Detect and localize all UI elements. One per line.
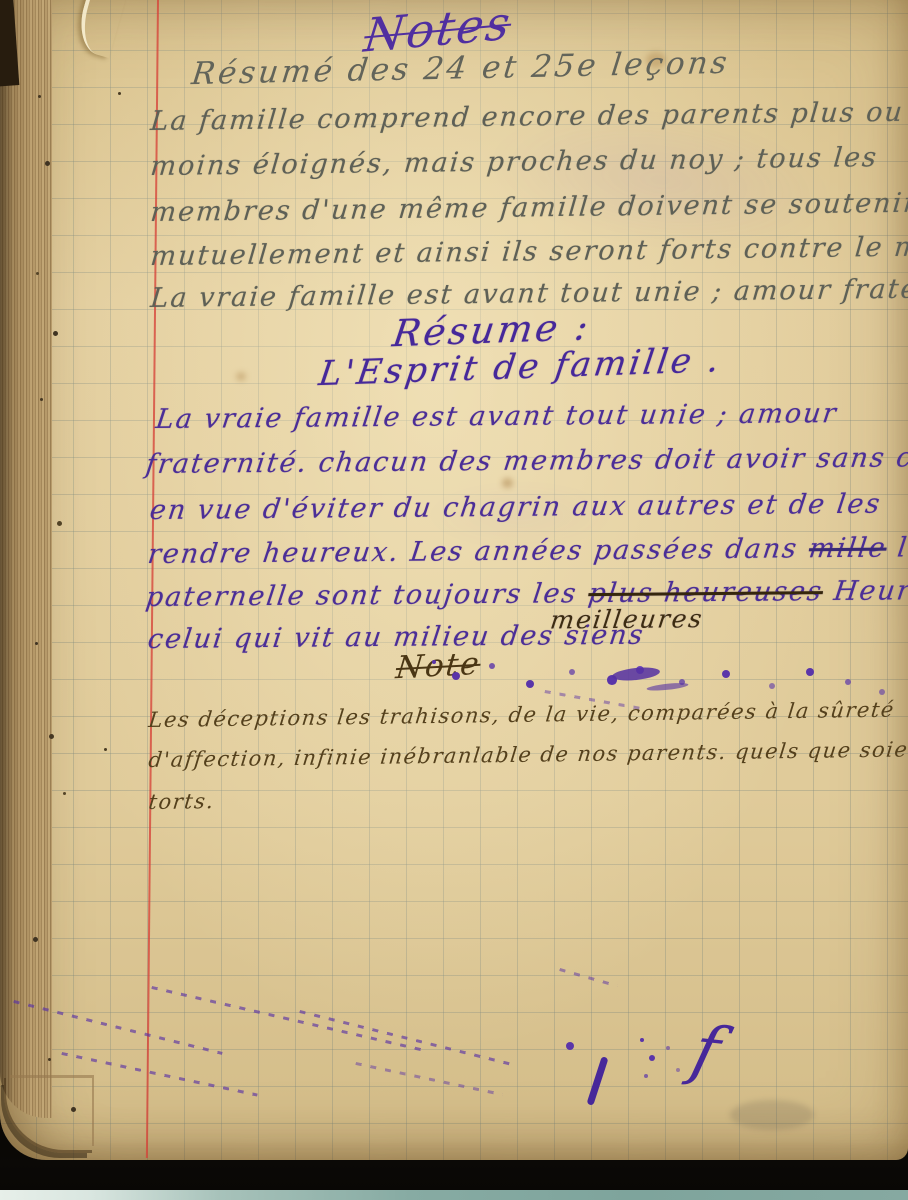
paper-stain [236,372,246,381]
ink-scratch [151,986,424,1052]
ink-splatter [432,660,436,664]
struck-word: mille [807,533,889,565]
handwritten-line-sepia: d'affection, infinie inébranlable de nos… [147,736,908,772]
handwritten-line-ink: en vue d'éviter du chagrin aux autres et… [148,489,883,526]
handwritten-line-sepia: torts. [147,789,216,814]
line-text: rendre heureux. Les années passées dans [146,533,800,570]
ink-scratch [355,1062,502,1096]
pen-test-flourish: f [685,1011,728,1089]
page-corner-curl [4,1078,92,1153]
paper-stain [730,1100,814,1130]
line-text: la maison [896,531,908,563]
paper-fold-highlight [72,0,126,58]
handwritten-line-ink: fraternité. chacun des membres doit avoi… [144,442,908,480]
handwritten-line-pencil: mutuellement et ainsi ils seront forts c… [149,230,908,272]
ink-scratch [299,1010,513,1066]
ink-blot [612,666,661,683]
handwritten-line-ink: La vraie famille est avant tout unie ; a… [154,398,840,435]
notebook-scan: Notes Résumé des 24 et 25e leçons La fam… [0,0,908,1200]
pencil-lesson-title: Résumé des 24 et 25e leçons [190,45,732,92]
handwritten-line-sepia: Les déceptions les trahisons, de la vie,… [147,698,896,732]
ink-dots [640,1038,644,1042]
ink-scratch [559,968,618,987]
handwritten-line-with-strikethrough: rendre heureux. Les années passées dansm… [146,531,908,570]
esprit-de-famille-subheading: L'Esprit de famille . [316,340,724,394]
paper-stain [502,478,513,488]
notebook-page: Notes Résumé des 24 et 25e leçons La fam… [0,0,908,1160]
line-text: paternelle sont toujours les [144,578,580,613]
note-heading: Note [394,646,482,687]
handwritten-line-ink: celui qui vit au milieu des siens [146,620,647,655]
line-text: Heureux [832,575,908,607]
binding-page-edges [0,0,52,1118]
handwritten-line-with-correction: paternelle sont toujours lesplus heureus… [144,575,908,613]
handwritten-line-pencil: La famille comprend encore des parents p… [149,97,905,137]
ink-stroke [586,1056,608,1106]
